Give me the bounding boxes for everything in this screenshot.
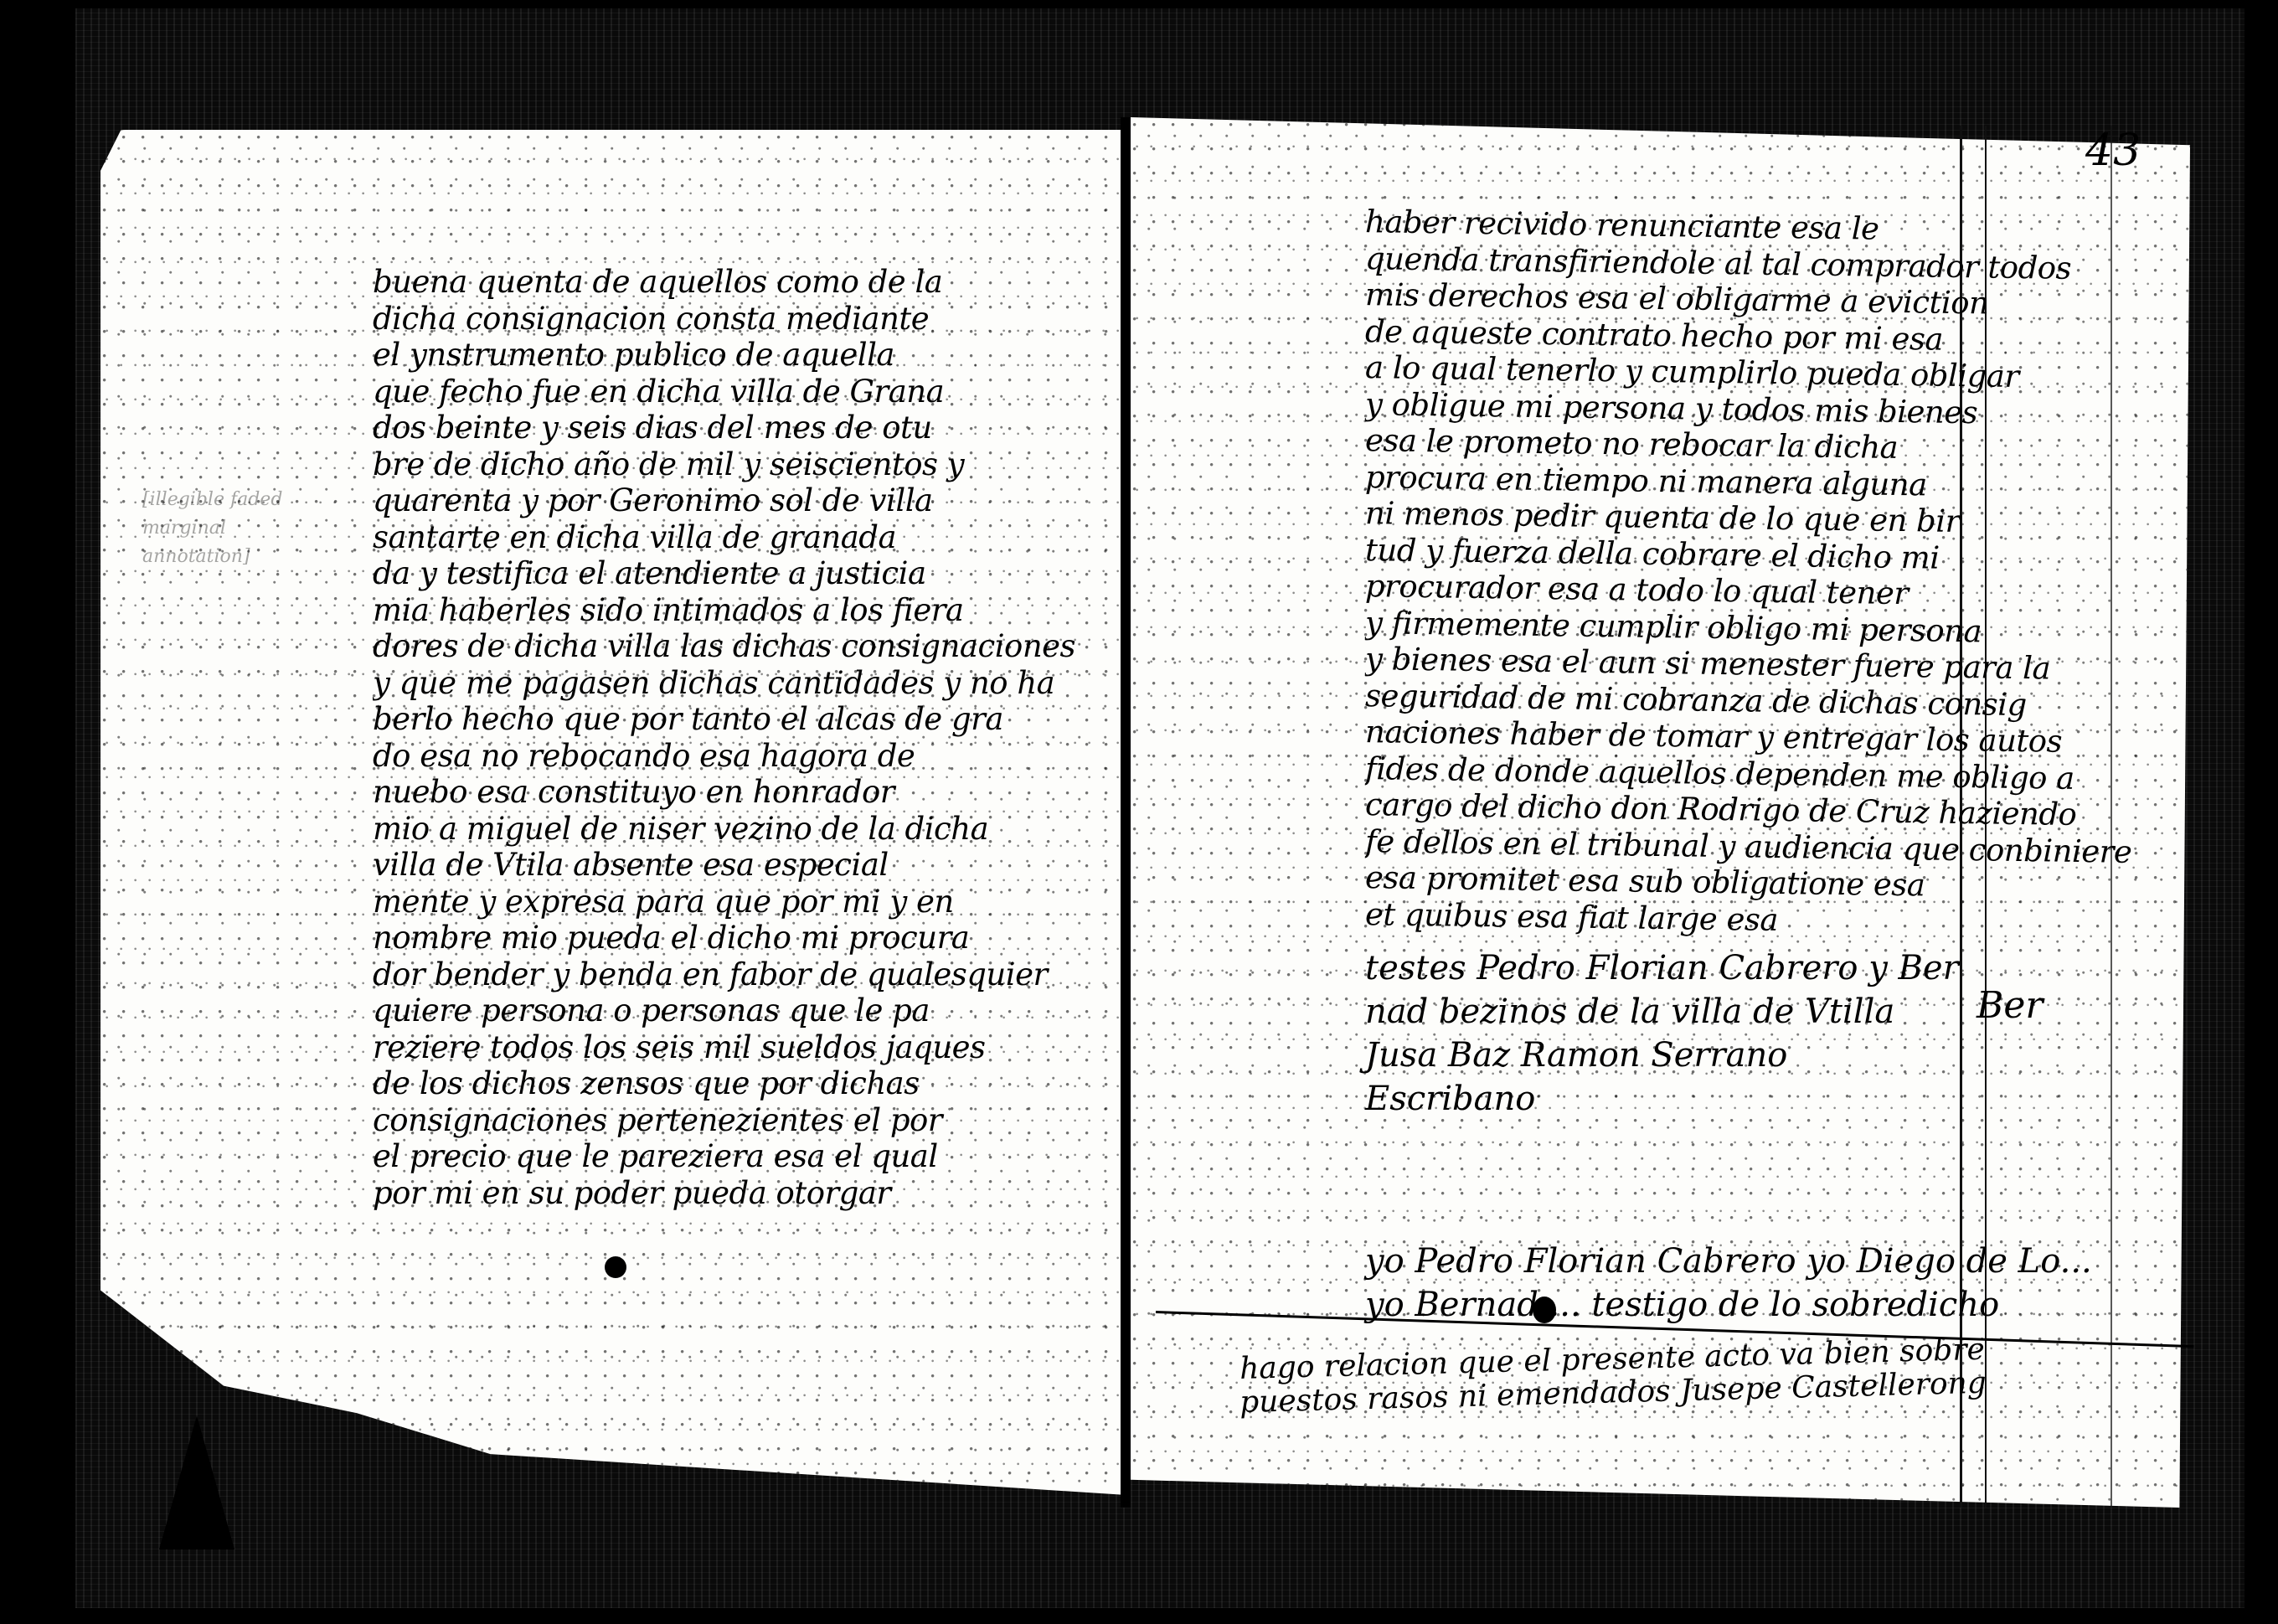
witness-line: nad bezinos de la villa de Vtilla [1365, 990, 2203, 1034]
text-line: bre de dicho año de mil y seiscientos y [373, 446, 1135, 483]
text-line: nombre mio pueda el dicho mi procura [373, 920, 1135, 956]
text-line: consignaciones pertenezientes el por [373, 1102, 1135, 1139]
text-line: berlo hecho que por tanto el alcas de gr… [373, 701, 1135, 738]
text-line: villa de Vtila absente esa especial [373, 847, 1135, 884]
notary-attestation: hago relacion que el presente acto va bi… [1239, 1340, 2203, 1407]
text-line: quiere persona o personas que le pa [373, 992, 1135, 1029]
ink-blot [1533, 1297, 1556, 1323]
text-line: por mi en su poder pueda otorgar [373, 1175, 1135, 1212]
text-line: y que me pagasen dichas cantidades y no … [373, 665, 1135, 702]
signatures-block: yo Pedro Florian Cabrero yo Diego de Lo.… [1365, 1240, 2203, 1327]
text-line: da y testifica el atendiente a justicia [373, 555, 1135, 592]
text-line: do esa no rebocando esa hagora de [373, 738, 1135, 775]
text-line: santarte en dicha villa de granada [373, 519, 1135, 556]
text-line: mio a miguel de niser vezino de la dicha [373, 811, 1135, 848]
folio-number: 43 [2085, 126, 2141, 176]
signature-line: yo Pedro Florian Cabrero yo Diego de Lo.… [1365, 1240, 2203, 1283]
ink-blot [605, 1256, 626, 1278]
text-line: mente y expresa para que por mi y en [373, 884, 1135, 920]
text-line: reziere todos los seis mil sueldos jaque… [373, 1029, 1135, 1066]
witnesses-block: testes Pedro Florian Cabrero y Ber nad b… [1365, 946, 2203, 1121]
text-line: el precio que le pareziera esa el qual [373, 1138, 1135, 1175]
signature-line: yo Bernad ... testigo de lo sobredicho [1365, 1283, 2203, 1327]
text-line: dos beinte y seis dias del mes de otu [373, 410, 1135, 446]
text-line: buena quenta de aquellos como de la [373, 264, 1135, 301]
torn-corner [159, 1415, 234, 1549]
text-line: dicha consignacion consta mediante [373, 301, 1135, 338]
faded-margin-annotation: [illegible faded marginal annotation] [142, 486, 327, 571]
witness-line: testes Pedro Florian Cabrero y Ber [1365, 946, 2203, 990]
margin-mark: Ber [1976, 984, 2043, 1027]
text-line: nuebo esa constituyo en honrador [373, 774, 1135, 811]
text-line: dor bender y benda en fabor de qualesqui… [373, 956, 1135, 993]
witness-line: Jusa Baz Ramon Serrano [1365, 1034, 2203, 1077]
text-line: que fecho fue en dicha villa de Grana [373, 374, 1135, 410]
text-line: quarenta y por Geronimo sol de villa [373, 482, 1135, 519]
right-page-text: haber recivido renunciante esa le quenda… [1365, 209, 2194, 938]
text-line: el ynstrumento publico de aquella [373, 337, 1135, 374]
text-line: de los dichos zensos que por dichas [373, 1065, 1135, 1102]
witness-line: Escribano [1365, 1077, 2203, 1121]
text-line: dores de dicha villa las dichas consigna… [373, 628, 1135, 665]
left-page-text: buena quenta de aquellos como de la dich… [373, 264, 1135, 1211]
text-line: mia haberles sido intimados a los fiera [373, 592, 1135, 629]
